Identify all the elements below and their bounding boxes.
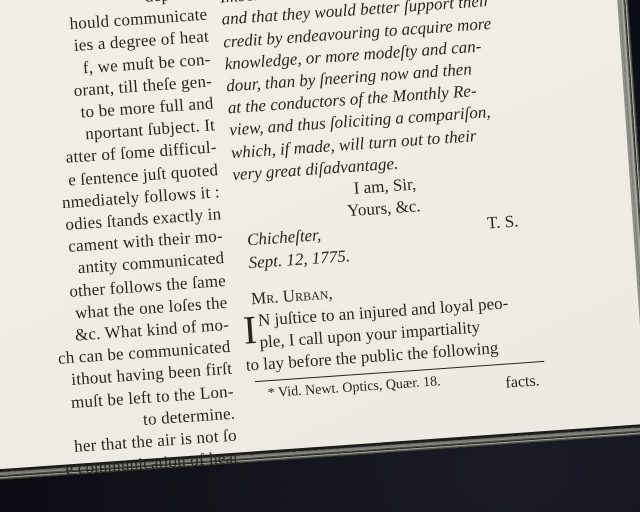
- new-letter: Mr. Urban, I N juſtice to an injured and…: [240, 268, 545, 378]
- italic-body: and that they would better ſupport their…: [221, 0, 533, 186]
- book-page-stack: deprived hould communicate ies a degree …: [0, 0, 640, 479]
- printed-page: deprived hould communicate ies a degree …: [0, 0, 640, 474]
- left-text-column: deprived hould communicate ies a degree …: [0, 0, 239, 486]
- right-text-column: et que Imberbes didicere, ſenes perdenda…: [218, 0, 549, 413]
- signature-initials: T. S.: [486, 211, 519, 235]
- photo-scene: deprived hould communicate ies a degree …: [0, 0, 640, 512]
- catchword: facts.: [505, 370, 541, 395]
- drop-cap: I: [242, 312, 258, 349]
